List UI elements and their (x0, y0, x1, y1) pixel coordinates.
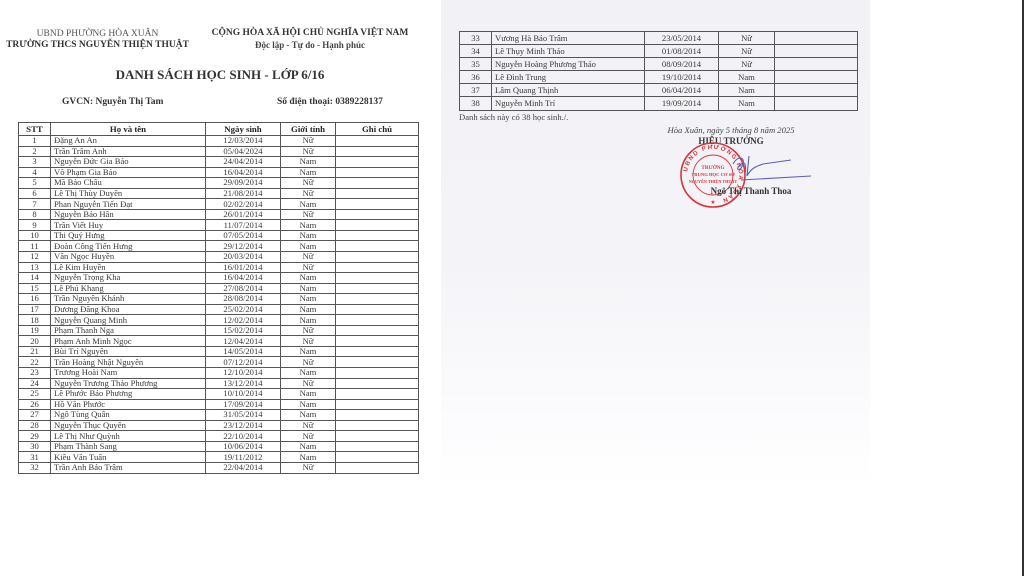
student-table-page-1: STT Họ và tên Ngày sinh Giới tính Ghi ch… (18, 122, 419, 474)
cell-sex: Nữ (281, 431, 336, 442)
cell-dob: 07/12/2014 (206, 357, 281, 368)
cell-sex: Nữ (281, 136, 336, 147)
cell-note (775, 45, 858, 58)
table-row: 17Dương Đăng Khoa25/02/2014Nam (19, 304, 419, 315)
place-date: Hòa Xuân, ngày 5 tháng 8 năm 2025 (621, 125, 841, 135)
cell-note (775, 71, 858, 84)
cell-sex: Nữ (281, 378, 336, 389)
cell-name: Mã Bảo Châu (51, 178, 206, 189)
table-row: 13Lê Kim Huyền16/01/2014Nữ (19, 262, 419, 273)
national-title: CỘNG HÒA XÃ HỘI CHỦ NGHĨA VIỆT NAM (200, 28, 420, 38)
cell-note (336, 431, 419, 442)
cell-note (336, 188, 419, 199)
cell-name: Trần Viết Huy (51, 220, 206, 231)
cell-name: Nguyễn Bảo Hân (51, 209, 206, 220)
table-row: 16Trần Nguyên Khánh28/08/2014Nam (19, 294, 419, 305)
cell-dob: 17/09/2014 (206, 399, 281, 410)
cell-sex: Nam (281, 294, 336, 305)
cell-sex: Nữ (281, 325, 336, 336)
table-row: 36Lê Đình Trung19/10/2014Nam (460, 71, 858, 84)
cell-note (336, 230, 419, 241)
cell-name: Phạm Thành Sang (51, 441, 206, 452)
cell-sex: Nam (719, 97, 775, 110)
cell-note (336, 209, 419, 220)
cell-dob: 19/09/2014 (645, 97, 719, 110)
cell-sex: Nam (281, 273, 336, 284)
cell-dob: 11/07/2014 (206, 220, 281, 231)
cell-dob: 20/03/2014 (206, 252, 281, 263)
cell-sex: Nam (281, 199, 336, 210)
cell-note (336, 378, 419, 389)
cell-name: Lê Phú Khang (51, 283, 206, 294)
cell-dob: 12/03/2014 (206, 136, 281, 147)
cell-dob: 16/04/2014 (206, 167, 281, 178)
cell-sex: Nam (281, 230, 336, 241)
table-row: 24Nguyễn Trương Thảo Phương13/12/2014Nữ (19, 378, 419, 389)
cell-sex: Nam (281, 157, 336, 168)
cell-note (336, 346, 419, 357)
document-title: DANH SÁCH HỌC SINH - LỚP 6/16 (0, 67, 440, 83)
teacher-phone: Số điện thoại: 0389228137 (277, 97, 383, 107)
cell-stt: 22 (19, 357, 51, 368)
cell-note (336, 420, 419, 431)
header-name: Họ và tên (51, 123, 206, 136)
cell-sex: Nữ (281, 336, 336, 347)
cell-stt: 38 (460, 97, 492, 110)
cell-name: Văn Ngọc Huyền (51, 252, 206, 263)
cell-name: Bùi Trí Nguyên (51, 346, 206, 357)
cell-stt: 32 (19, 462, 51, 473)
cell-stt: 27 (19, 410, 51, 421)
cell-stt: 11 (19, 241, 51, 252)
cell-stt: 17 (19, 304, 51, 315)
cell-sex: Nữ (281, 209, 336, 220)
cell-dob: 28/08/2014 (206, 294, 281, 305)
cell-sex: Nam (281, 452, 336, 463)
cell-stt: 16 (19, 294, 51, 305)
cell-dob: 15/02/2014 (206, 325, 281, 336)
authority-name: UBND PHƯỜNG HÒA XUÂN (0, 29, 195, 39)
cell-note (336, 294, 419, 305)
table-row: 25Lê Phước Bảo Phương10/10/2014Nam (19, 389, 419, 400)
homeroom-teacher: GVCN: Nguyễn Thị Tam (62, 97, 163, 107)
student-table-page-2: 33Vương Hà Bảo Trâm23/05/2014Nữ34Lê Thụy… (459, 31, 858, 111)
cell-stt: 3 (19, 157, 51, 168)
cell-note (336, 441, 419, 452)
cell-dob: 25/02/2014 (206, 304, 281, 315)
table-row: 35Nguyễn Hoàng Phương Thảo08/09/2014Nữ (460, 58, 858, 71)
cell-dob: 23/12/2014 (206, 420, 281, 431)
cell-name: Đoàn Công Tiến Hưng (51, 241, 206, 252)
national-motto: Độc lập - Tự do - Hạnh phúc (200, 40, 420, 50)
cell-stt: 35 (460, 58, 492, 71)
cell-stt: 6 (19, 188, 51, 199)
table-row: 37Lâm Quang Thịnh06/04/2014Nam (460, 84, 858, 97)
cell-sex: Nam (281, 368, 336, 379)
svg-text:★: ★ (710, 199, 715, 206)
cell-name: Lê Đình Trung (492, 71, 645, 84)
cell-stt: 26 (19, 399, 51, 410)
cell-name: Nguyễn Trọng Kha (51, 273, 206, 284)
cell-note (336, 389, 419, 400)
cell-note (336, 262, 419, 273)
cell-note (336, 325, 419, 336)
cell-stt: 28 (19, 420, 51, 431)
summary-note: Danh sách này có 38 học sinh./. (459, 112, 568, 122)
cell-dob: 13/12/2014 (206, 378, 281, 389)
cell-sex: Nữ (281, 357, 336, 368)
table-row: 11Đoàn Công Tiến Hưng29/12/2014Nam (19, 241, 419, 252)
header-stt: STT (19, 123, 51, 136)
cell-stt: 25 (19, 389, 51, 400)
cell-dob: 02/02/2014 (206, 199, 281, 210)
svg-text:TRƯỜNG: TRƯỜNG (701, 163, 724, 171)
cell-stt: 24 (19, 378, 51, 389)
cell-stt: 10 (19, 230, 51, 241)
cell-sex: Nam (281, 283, 336, 294)
cell-dob: 29/09/2014 (206, 178, 281, 189)
document-page-2: 33Vương Hà Bảo Trâm23/05/2014Nữ34Lê Thụy… (441, 0, 870, 576)
cell-stt: 34 (460, 45, 492, 58)
cell-note (336, 146, 419, 157)
cell-stt: 14 (19, 273, 51, 284)
cell-stt: 4 (19, 167, 51, 178)
cell-dob: 10/06/2014 (206, 441, 281, 452)
cell-note (336, 157, 419, 168)
table-row: 14Nguyễn Trọng Kha16/04/2014Nam (19, 273, 419, 284)
cell-name: Lê Thị Thùy Duyên (51, 188, 206, 199)
cell-dob: 26/01/2014 (206, 209, 281, 220)
cell-note (336, 178, 419, 189)
cell-name: Hồ Văn Phước (51, 399, 206, 410)
cell-name: Võ Phạm Gia Bảo (51, 167, 206, 178)
table-row: 3Nguyễn Đức Gia Bảo24/04/2014Nam (19, 157, 419, 168)
cell-note (775, 84, 858, 97)
cell-note (775, 32, 858, 45)
cell-dob: 05/04/2024 (206, 146, 281, 157)
cell-sex: Nam (281, 315, 336, 326)
header-note: Ghi chú (336, 123, 419, 136)
cell-note (336, 336, 419, 347)
cell-dob: 29/12/2014 (206, 241, 281, 252)
table-row: 15Lê Phú Khang27/08/2014Nam (19, 283, 419, 294)
cell-name: Nguyễn Minh Trí (492, 97, 645, 110)
cell-sex: Nam (719, 84, 775, 97)
cell-note (336, 252, 419, 263)
cell-stt: 20 (19, 336, 51, 347)
cell-note (336, 167, 419, 178)
cell-name: Lâm Quang Thịnh (492, 84, 645, 97)
table-row: 2Trần Trâm Anh05/04/2024Nữ (19, 146, 419, 157)
table-row: 9Trần Viết Huy11/07/2014Nam (19, 220, 419, 231)
table-row: 20Phạm Anh Minh Ngọc12/04/2014Nữ (19, 336, 419, 347)
cell-sex: Nam (719, 71, 775, 84)
signer-name: Ngô Thị Thanh Thoa (641, 186, 861, 196)
cell-dob: 07/05/2014 (206, 230, 281, 241)
document-page-1: UBND PHƯỜNG HÒA XUÂN TRƯỜNG THCS NGUYỄN … (0, 0, 440, 576)
cell-name: Đặng An An (51, 136, 206, 147)
table-row: 18Nguyễn Quang Minh12/02/2014Nam (19, 315, 419, 326)
cell-sex: Nữ (281, 188, 336, 199)
cell-name: Thi Quý Hưng (51, 230, 206, 241)
school-name: TRƯỜNG THCS NGUYỄN THIỆN THUẬT (0, 40, 195, 50)
cell-sex: Nữ (281, 420, 336, 431)
table-row: 22Trần Hoàng Nhật Nguyên07/12/2014Nữ (19, 357, 419, 368)
cell-stt: 19 (19, 325, 51, 336)
cell-stt: 15 (19, 283, 51, 294)
cell-stt: 7 (19, 199, 51, 210)
table-row: 5Mã Bảo Châu29/09/2014Nữ (19, 178, 419, 189)
table-row: 7Phan Nguyễn Tiến Đạt02/02/2014Nam (19, 199, 419, 210)
table-row: 4Võ Phạm Gia Bảo16/04/2014Nam (19, 167, 419, 178)
table-row: 31Kiều Văn Tuấn19/11/2012Nam (19, 452, 419, 463)
cell-sex: Nữ (281, 252, 336, 263)
cell-stt: 2 (19, 146, 51, 157)
cell-stt: 30 (19, 441, 51, 452)
cell-dob: 19/10/2014 (645, 71, 719, 84)
cell-dob: 16/01/2014 (206, 262, 281, 273)
cell-dob: 31/05/2014 (206, 410, 281, 421)
table-row: 12Văn Ngọc Huyền20/03/2014Nữ (19, 252, 419, 263)
table-row: 6Lê Thị Thùy Duyên21/08/2014Nữ (19, 188, 419, 199)
cell-sex: Nữ (281, 462, 336, 473)
cell-sex: Nữ (719, 58, 775, 71)
cell-dob: 16/04/2014 (206, 273, 281, 284)
cell-name: Nguyễn Thục Quyên (51, 420, 206, 431)
cell-sex: Nam (281, 241, 336, 252)
cell-dob: 21/08/2014 (206, 188, 281, 199)
cell-sex: Nam (281, 220, 336, 231)
table-row: 1Đặng An An12/03/2014Nữ (19, 136, 419, 147)
cell-stt: 1 (19, 136, 51, 147)
cell-stt: 29 (19, 431, 51, 442)
cell-dob: 22/10/2014 (206, 431, 281, 442)
cell-dob: 06/04/2014 (645, 84, 719, 97)
cell-note (336, 357, 419, 368)
cell-name: Lê Phước Bảo Phương (51, 389, 206, 400)
cell-stt: 37 (460, 84, 492, 97)
cell-dob: 08/09/2014 (645, 58, 719, 71)
cell-name: Nguyễn Trương Thảo Phương (51, 378, 206, 389)
cell-name: Vương Hà Bảo Trâm (492, 32, 645, 45)
cell-sex: Nữ (281, 146, 336, 157)
cell-name: Lê Thụy Minh Thảo (492, 45, 645, 58)
table-row: 38Nguyễn Minh Trí19/09/2014Nam (460, 97, 858, 110)
cell-stt: 21 (19, 346, 51, 357)
cell-name: Nguyễn Đức Gia Bảo (51, 157, 206, 168)
signature-icon (731, 150, 821, 190)
cell-note (336, 136, 419, 147)
cell-name: Trần Anh Bảo Trâm (51, 462, 206, 473)
cell-note (336, 315, 419, 326)
svg-text:TRUNG HỌC CƠ SỞ: TRUNG HỌC CƠ SỞ (691, 172, 735, 177)
cell-name: Kiều Văn Tuấn (51, 452, 206, 463)
cell-note (775, 97, 858, 110)
cell-name: Phạm Anh Minh Ngọc (51, 336, 206, 347)
cell-dob: 12/10/2014 (206, 368, 281, 379)
cell-dob: 24/04/2014 (206, 157, 281, 168)
table-row: 29Lê Thị Như Quỳnh22/10/2014Nữ (19, 431, 419, 442)
cell-sex: Nữ (281, 262, 336, 273)
cell-note (336, 399, 419, 410)
table-row: 33Vương Hà Bảo Trâm23/05/2014Nữ (460, 32, 858, 45)
table-row: 26Hồ Văn Phước17/09/2014Nam (19, 399, 419, 410)
cell-name: Lê Kim Huyền (51, 262, 206, 273)
cell-dob: 27/08/2014 (206, 283, 281, 294)
cell-name: Phan Nguyễn Tiến Đạt (51, 199, 206, 210)
cell-note (775, 58, 858, 71)
header-sex: Giới tính (281, 123, 336, 136)
cell-stt: 36 (460, 71, 492, 84)
cell-note (336, 199, 419, 210)
cell-sex: Nữ (719, 32, 775, 45)
cell-note (336, 368, 419, 379)
cell-stt: 23 (19, 368, 51, 379)
cell-dob: 12/04/2014 (206, 336, 281, 347)
cell-dob: 12/02/2014 (206, 315, 281, 326)
table-header-row: STT Họ và tên Ngày sinh Giới tính Ghi ch… (19, 123, 419, 136)
cell-name: Nguyễn Quang Minh (51, 315, 206, 326)
cell-dob: 14/05/2014 (206, 346, 281, 357)
cell-sex: Nam (281, 304, 336, 315)
cell-name: Trần Hoàng Nhật Nguyên (51, 357, 206, 368)
cell-stt: 18 (19, 315, 51, 326)
cell-note (336, 283, 419, 294)
cell-note (336, 273, 419, 284)
cell-stt: 9 (19, 220, 51, 231)
cell-name: Dương Đăng Khoa (51, 304, 206, 315)
cell-stt: 33 (460, 32, 492, 45)
table-row: 19Phạm Thanh Nga15/02/2014Nữ (19, 325, 419, 336)
cell-sex: Nam (281, 346, 336, 357)
cell-name: Ngô Tùng Quân (51, 410, 206, 421)
table-row: 27Ngô Tùng Quân31/05/2014Nam (19, 410, 419, 421)
cell-dob: 01/08/2014 (645, 45, 719, 58)
cell-name: Phạm Thanh Nga (51, 325, 206, 336)
cell-dob: 23/05/2014 (645, 32, 719, 45)
cell-name: Nguyễn Hoàng Phương Thảo (492, 58, 645, 71)
cell-sex: Nữ (719, 45, 775, 58)
cell-name: Trần Trâm Anh (51, 146, 206, 157)
cell-note (336, 304, 419, 315)
cell-stt: 5 (19, 178, 51, 189)
cell-note (336, 220, 419, 231)
cell-note (336, 241, 419, 252)
cell-stt: 12 (19, 252, 51, 263)
cell-sex: Nữ (281, 178, 336, 189)
cell-note (336, 462, 419, 473)
cell-stt: 31 (19, 452, 51, 463)
cell-sex: Nam (281, 410, 336, 421)
cell-name: Lê Thị Như Quỳnh (51, 431, 206, 442)
cell-name: Trương Hoài Nam (51, 368, 206, 379)
table-row: 10Thi Quý Hưng07/05/2014Nam (19, 230, 419, 241)
cell-name: Trần Nguyên Khánh (51, 294, 206, 305)
cell-note (336, 452, 419, 463)
cell-sex: Nam (281, 399, 336, 410)
table-row: 30Phạm Thành Sang10/06/2014Nam (19, 441, 419, 452)
table-row: 32Trần Anh Bảo Trâm22/04/2014Nữ (19, 462, 419, 473)
cell-stt: 13 (19, 262, 51, 273)
cell-sex: Nam (281, 441, 336, 452)
cell-sex: Nam (281, 389, 336, 400)
table-row: 34Lê Thụy Minh Thảo01/08/2014Nữ (460, 45, 858, 58)
cell-dob: 22/04/2014 (206, 462, 281, 473)
cell-note (336, 410, 419, 421)
table-row: 23Trương Hoài Nam12/10/2014Nam (19, 368, 419, 379)
cell-dob: 10/10/2014 (206, 389, 281, 400)
table-row: 8Nguyễn Bảo Hân26/01/2014Nữ (19, 209, 419, 220)
table-row: 28Nguyễn Thục Quyên23/12/2014Nữ (19, 420, 419, 431)
header-dob: Ngày sinh (206, 123, 281, 136)
cell-sex: Nam (281, 167, 336, 178)
cell-dob: 19/11/2012 (206, 452, 281, 463)
table-row: 21Bùi Trí Nguyên14/05/2014Nam (19, 346, 419, 357)
cell-stt: 8 (19, 209, 51, 220)
